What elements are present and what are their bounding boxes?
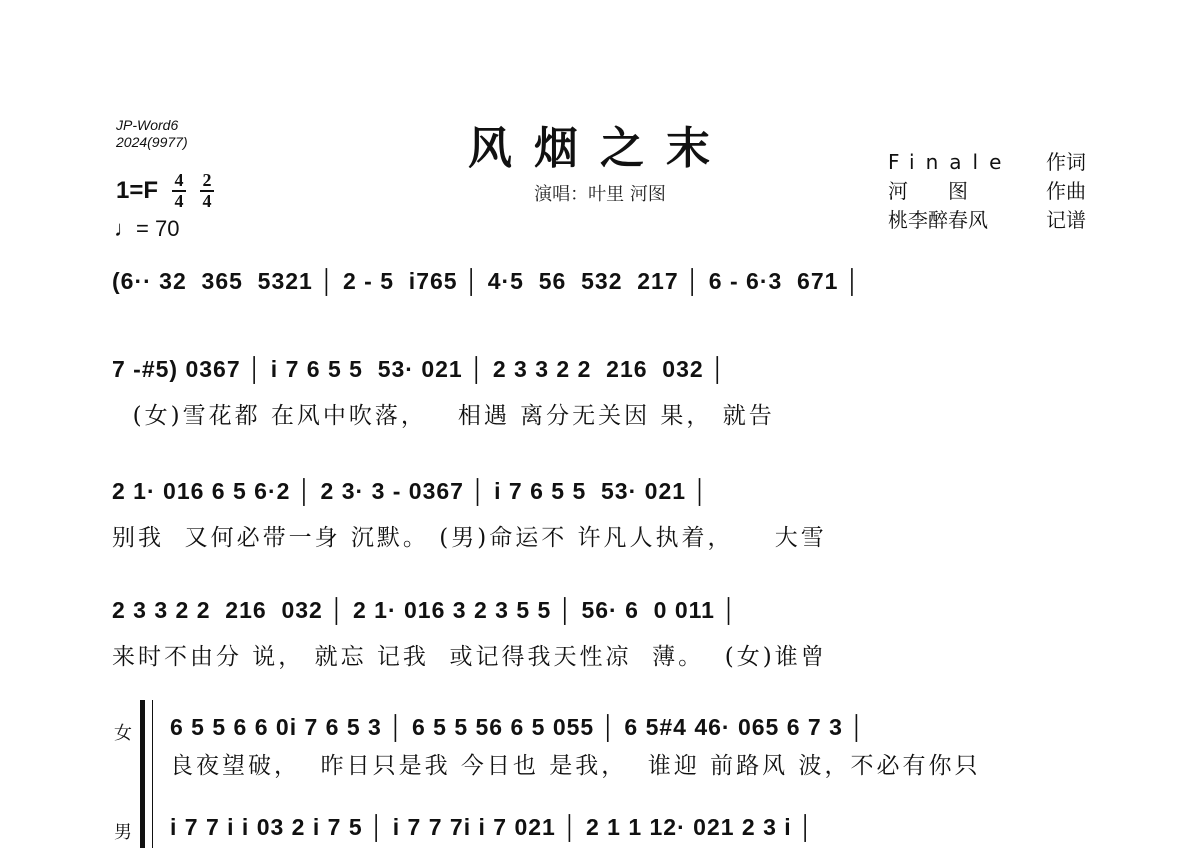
time-signature-4-4: 4 4 bbox=[172, 172, 186, 210]
tempo-marking: ♩= 70 bbox=[114, 216, 179, 242]
score-system-2: 7 -#5) 0367 │ i 7 6 5 5 53· 021 │ 2 3 3 … bbox=[112, 356, 775, 430]
notation-line: 6 5 5 6 6 0i 7 6 5 3 │ 6 5 5 56 6 5 055 … bbox=[170, 714, 981, 741]
credits-block: Finale 作词 河 图 作曲 桃李醉春风 记谱 bbox=[888, 148, 1086, 235]
duet-bracket bbox=[140, 700, 153, 848]
score-system-1: (6·· 32 365 5321 │ 2 - 5 i765 │ 4·5 56 5… bbox=[112, 268, 861, 295]
notation-line: 7 -#5) 0367 │ i 7 6 5 5 53· 021 │ 2 3 3 … bbox=[112, 356, 775, 383]
part-label-male: 男 bbox=[114, 818, 132, 844]
time-signature-2-4: 2 4 bbox=[200, 172, 214, 210]
score-system-4: 2 3 3 2 2 216 032 │ 2 1· 016 3 2 3 5 5 │… bbox=[112, 597, 827, 671]
credit-transcriber: 桃李醉春风 记谱 bbox=[888, 206, 1086, 235]
lyrics-line: 良夜望破， 昨日只是我 今日也 是我， 谁迎 前路风 波，不必有你只 bbox=[170, 747, 981, 780]
key-label: 1=F bbox=[116, 177, 158, 205]
notation-line: 2 3 3 2 2 216 032 │ 2 1· 016 3 2 3 5 5 │… bbox=[112, 597, 827, 624]
lyrics-line: 来时不由分 说， 就忘 记我 或记得我天性凉 薄。 (女)谁曾 bbox=[112, 638, 827, 671]
notation-line: i 7 7 i i 03 2 i 7 5 │ i 7 7 7i i 7 021 … bbox=[170, 814, 814, 841]
key-signature: 1=F 4 4 2 4 bbox=[116, 172, 214, 210]
part-label-female: 女 bbox=[114, 719, 132, 745]
notation-line: (6·· 32 365 5321 │ 2 - 5 i765 │ 4·5 56 5… bbox=[112, 268, 861, 295]
credit-lyricist: Finale 作词 bbox=[888, 148, 1086, 177]
lyrics-line: (女)雪花都 在风中吹落， 相遇 离分无关因 果， 就告 bbox=[112, 397, 775, 430]
score-system-5-female: 6 5 5 6 6 0i 7 6 5 3 │ 6 5 5 56 6 5 055 … bbox=[170, 714, 981, 780]
lyrics-line: 别我 又何必带一身 沉默。 (男)命运不 许凡人执着， 大雪 bbox=[112, 519, 827, 552]
score-system-5-male: i 7 7 i i 03 2 i 7 5 │ i 7 7 7i i 7 021 … bbox=[170, 814, 814, 841]
notation-line: 2 1· 016 6 5 6·2 │ 2 3· 3 - 0367 │ i 7 6… bbox=[112, 478, 827, 505]
credit-composer: 河 图 作曲 bbox=[888, 177, 1086, 206]
score-system-3: 2 1· 016 6 5 6·2 │ 2 3· 3 - 0367 │ i 7 6… bbox=[112, 478, 827, 552]
